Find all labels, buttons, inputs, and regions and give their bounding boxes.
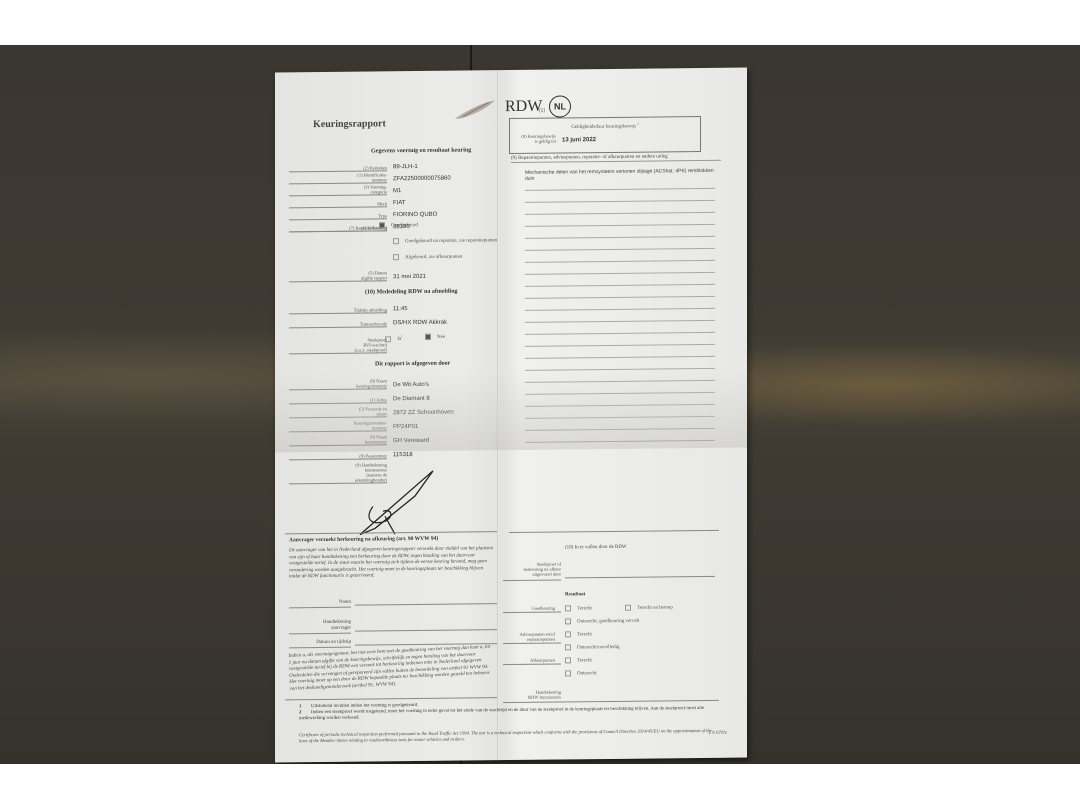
rdw-result-label: Afkeurpunten	[503, 658, 555, 664]
remarks-text: Mechanische delen van het remsysteem ver…	[525, 168, 715, 182]
rdw-section-title: (10) In te vullen door de RDW	[565, 545, 627, 551]
issuer-fields: (9) Naam keuringsinstantieDe Wit Auto's(…	[275, 70, 497, 72]
field-value: De Diamant 8	[393, 396, 430, 402]
section-vehicle-title: Gegevens voertuig en resultaat keuring	[371, 147, 471, 154]
appeal-datetime-label: Datum en tijdstip	[289, 640, 351, 646]
rdw-result-option: Terecht	[565, 657, 592, 663]
rdw-logo: RDW	[505, 98, 542, 116]
rdw-result-option: Onterecht/onvolledig	[565, 644, 620, 651]
rdw-result-label: Adviespunten en/of reparatiepunten	[503, 632, 555, 643]
appeal-text: De aanvrager van het in Nederland afgege…	[289, 546, 494, 581]
checkbox	[393, 254, 399, 260]
country-badge-nl: NL	[549, 95, 571, 117]
left-column: Keuringsrapport Gegevens voertuig en res…	[275, 70, 497, 762]
remarks-lines	[525, 188, 715, 454]
appeal-signature-label: Handtekening aanvrager	[295, 620, 351, 632]
rdw-result-option: Terecht na beroep	[625, 604, 673, 611]
document-title: Keuringsrapport	[313, 118, 386, 130]
field-value: DS/HX RDW Akkrak	[393, 320, 447, 327]
rdw-signature-label: Handtekening RDW functionaris	[503, 689, 561, 700]
validity-box: Geldigheidsduur keuringsbewijs 2 (8) Keu…	[509, 116, 701, 154]
vehicle-fields: (2) Kenteken89-JLH-1(1) Identificatie- n…	[275, 70, 497, 72]
rdw-result-label: Goedkeuring	[503, 606, 555, 612]
checkbox	[565, 605, 571, 611]
section-notification-title: (10) Mededeling RDW na afmelding	[365, 289, 458, 296]
appeal-title: Aanvrager verzoekt herkeuring na afkeuri…	[289, 536, 438, 544]
result-option-rejected: Afgekeurd, zie afkeurpunten	[393, 254, 462, 261]
right-column: RDW (1) NL Geldigheidsduur keuringsbewij…	[499, 68, 747, 761]
checkbox	[393, 238, 399, 244]
appeal-signature-line	[355, 629, 497, 631]
checkbox	[379, 222, 385, 228]
field-value: 115318	[393, 452, 413, 458]
signature-icon	[355, 466, 435, 537]
checkbox	[565, 657, 571, 663]
result-option-approved: Goedgekeurd	[379, 222, 418, 229]
appeal-text-2: Indien u, als voertuigeigenaar, het niet…	[288, 645, 494, 693]
rdw-result-option: Terecht	[565, 631, 592, 637]
form-code: 2 8 070/c	[708, 730, 727, 735]
checkbox	[625, 605, 631, 611]
section-issuer-title: Dit rapport is afgegeven door	[375, 361, 450, 368]
validity-date: 13 juni 2022	[562, 137, 596, 143]
inspection-report-paper: Keuringsrapport Gegevens voertuig en res…	[275, 68, 747, 763]
rdw-result-title: Resultaat	[565, 592, 585, 597]
checkbox	[425, 334, 431, 340]
checkbox	[565, 644, 571, 650]
checkbox	[385, 336, 391, 342]
checkbox	[565, 631, 571, 637]
form-field: TransactiecodeDS/HX RDW Akkrak	[289, 312, 497, 328]
notification-fields: Tijdstip afmelding11:45TransactiecodeDS/…	[275, 70, 497, 72]
remarks-label: (9) Reparatiepunten, adviespunten, repar…	[511, 154, 721, 163]
appeal-name-line	[355, 603, 497, 605]
rdw-leaf-logo-icon	[453, 98, 497, 120]
rdw-result-option: Onterecht	[565, 670, 597, 676]
rdw-result-option: Terecht	[565, 605, 592, 611]
sample-option-yes: Ja1	[385, 334, 403, 342]
field-value: PP24P01	[393, 424, 418, 430]
field-value: 11:45	[393, 306, 408, 312]
rdw-result-option: Onterecht, goedkeuring vervalt	[565, 618, 639, 625]
sample-option-no: Nee	[425, 334, 445, 340]
report-date-field: (5) Datum afgifte rapport 31 mei 2021	[289, 266, 497, 282]
rdw-sample-label: Steekproef of herkeuring na afkeur uitge…	[503, 561, 561, 577]
field-value: De Wit Auto's	[393, 382, 429, 388]
checkbox	[565, 670, 571, 676]
photo-background: Keuringsrapport Gegevens voertuig en res…	[0, 45, 1080, 764]
checkbox	[565, 618, 571, 624]
field-value: 2872 ZZ Schoonhoven	[393, 410, 454, 417]
result-option-approved-after-repair: Goedgekeurd na reparatie, zie reparatiep…	[393, 237, 497, 244]
field-value: GH Vereward	[393, 438, 429, 444]
rdw-result-rows: GoedkeuringTerechtTerecht na beroepOnter…	[499, 68, 747, 71]
appeal-name-label: Naam	[305, 600, 351, 606]
